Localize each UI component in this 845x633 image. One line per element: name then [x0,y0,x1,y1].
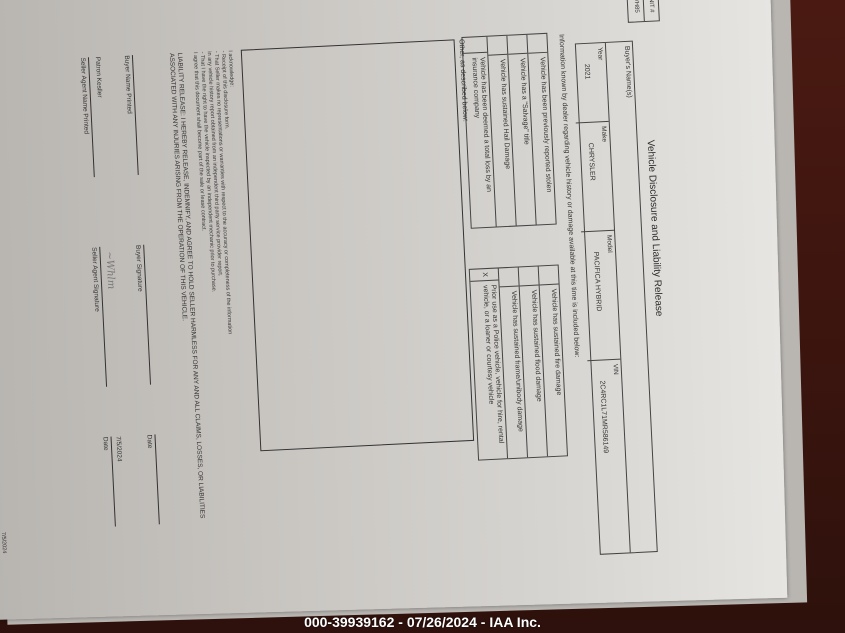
unit-number-box: UNIT # ?VH85 [626,0,660,23]
agent-name-value: Patron Kesller [94,57,103,98]
make-cell: Make CHRYSLER [576,122,614,232]
model-label: Model [605,235,613,253]
document-page: UNIT # ?VH85 Vehicle Disclosure and Liab… [0,0,787,620]
buyer-date-line [154,434,159,524]
history-checkbox [507,35,527,55]
document-title: Vehicle Disclosure and Liability Release [645,140,665,317]
unit-label: UNIT # [642,0,658,21]
seller-date-value: 7/5/2024 [114,436,122,462]
seller-agent-name-line [88,57,95,177]
make-value: CHRYSLER [587,143,596,181]
history-checkbox [519,267,539,287]
buyer-name-line [132,55,139,175]
history-table-right: Vehicle has sustained fire damage Vehicl… [469,265,568,461]
seller-date-label: Date [102,437,110,451]
unit-value: ?VH85 [628,0,643,22]
history-checkbox [487,36,507,56]
model-cell: Model PACIFICA HYBRID [581,231,620,361]
buyer-signature-label: Buyer Signature [134,245,143,292]
vin-value: 2C4RC1L71MR586149 [598,380,609,453]
seller-agent-signature-scribble: ~Whlm [103,251,116,289]
make-label: Make [600,126,608,142]
year-value: 2021 [583,64,591,80]
history-table-left: Vehicle has been previously reported sto… [461,33,556,229]
vehicle-info-table: Buyer's Name(s) Year 2021 Make CHRYSLER … [575,41,658,555]
year-label: Year [596,47,604,60]
corner-date: 7/5/2024 [0,532,7,554]
year-cell: Year 2021 [572,43,609,124]
vin-label: VIN [612,364,620,375]
history-checkbox [499,268,519,288]
other-description-box [241,39,474,451]
buyer-date-label: Date [145,435,153,449]
iaa-watermark: 000-39939162 - 07/26/2024 - IAA Inc. [0,614,845,630]
history-checkbox [462,37,487,54]
buyer-signature-line [143,245,151,385]
disclosure-form: UNIT # ?VH85 Vehicle Disclosure and Liab… [0,0,696,543]
model-value: PACIFICA HYBRID [592,252,602,312]
buyer-name-printed-label: Buyer Name Printed [123,55,133,114]
history-checkbox [527,34,547,54]
history-checkbox [539,266,559,286]
